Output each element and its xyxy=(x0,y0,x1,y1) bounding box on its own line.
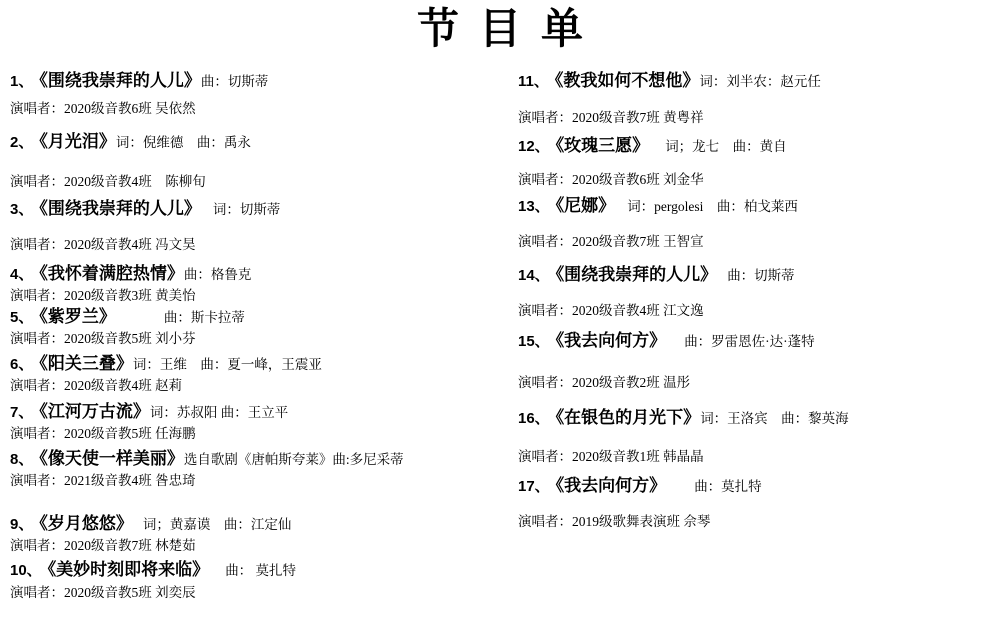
program-item: 11、《教我如何不想他》词：刘半农：赵元任 演唱者：2020级音教7班 黄粤祥 xyxy=(518,70,992,126)
item-number: 3、 xyxy=(10,201,33,218)
song-credits: 词：切斯蒂 xyxy=(213,202,281,217)
song-title: 《我怀着满腔热情》 xyxy=(39,264,184,283)
song-title: 《玫瑰三愿》 xyxy=(556,136,650,155)
song-credits: 曲：切斯蒂 xyxy=(201,74,269,89)
performer-line: 演唱者：2020级音教7班 王智宣 xyxy=(518,233,992,250)
song-credits: 曲：莫扎特 xyxy=(694,479,762,494)
song-credits: 词：刘半农：赵元任 xyxy=(699,74,821,89)
performer-line: 演唱者：2020级音教6班 刘金华 xyxy=(518,171,992,188)
right-column: 11、《教我如何不想他》词：刘半农：赵元任 演唱者：2020级音教7班 黄粤祥 … xyxy=(500,70,992,530)
song-title: 《岁月悠悠》 xyxy=(39,514,133,533)
song-credits: 词：苏叔阳 曲：王立平 xyxy=(150,405,288,420)
song-credits: 曲： 莫扎特 xyxy=(225,563,296,578)
item-number: 12、 xyxy=(518,138,550,155)
program-item: 14、《围绕我崇拜的人儿》曲：切斯蒂 演唱者：2020级音教4班 江文逸 xyxy=(518,264,992,319)
song-credits: 词：倪维德 曲：禹永 xyxy=(116,135,251,150)
item-number: 14、 xyxy=(518,267,550,284)
item-number: 13、 xyxy=(518,198,550,215)
item-number: 7、 xyxy=(10,404,33,421)
performer-line: 演唱者：2020级音教4班 冯文昊 xyxy=(10,236,500,253)
item-number: 11、 xyxy=(518,73,549,90)
item-number: 15、 xyxy=(518,333,550,350)
program-item: 16、《在银色的月光下》词：王洛宾 曲：黎英海 演唱者：2020级音教1班 韩晶… xyxy=(518,407,992,465)
item-number: 2、 xyxy=(10,134,33,151)
item-number: 16、 xyxy=(518,410,550,427)
performer-line: 演唱者：2020级音教4班 赵莉 xyxy=(10,377,500,394)
left-column: 1、《围绕我崇拜的人儿》曲：切斯蒂 演唱者：2020级音教6班 吴依然 2、《月… xyxy=(8,70,500,601)
program-item: 3、《围绕我崇拜的人儿》词：切斯蒂 演唱者：2020级音教4班 冯文昊 xyxy=(10,198,500,253)
song-title: 《教我如何不想他》 xyxy=(555,71,700,90)
performer-line: 演唱者：2019级歌舞表演班 佘琴 xyxy=(518,513,992,530)
song-title: 《美妙时刻即将来临》 xyxy=(48,560,210,579)
program-item: 6、《阳关三叠》词：王维 曲：夏一峰，王震亚 演唱者：2020级音教4班 赵莉 xyxy=(10,353,500,394)
song-title: 《围绕我崇拜的人儿》 xyxy=(39,199,201,218)
song-title: 《围绕我崇拜的人儿》 xyxy=(39,71,201,90)
song-credits: 选自歌剧《唐帕斯夸莱》曲:多尼采蒂 xyxy=(184,452,404,467)
program-item: 17、《我去向何方》曲：莫扎特 演唱者：2019级歌舞表演班 佘琴 xyxy=(518,475,992,530)
song-credits: 曲：罗雷恩佐·达·蓬特 xyxy=(684,334,815,349)
item-number: 17、 xyxy=(518,478,550,495)
song-title: 《江河万古流》 xyxy=(39,402,150,421)
performer-line: 演唱者：2020级音教5班 任海鹏 xyxy=(10,425,500,442)
two-column-layout: 1、《围绕我崇拜的人儿》曲：切斯蒂 演唱者：2020级音教6班 吴依然 2、《月… xyxy=(8,70,992,601)
performer-line: 演唱者：2020级音教4班 陈柳旬 xyxy=(10,173,500,190)
item-number: 5、 xyxy=(10,309,33,326)
program-item: 2、《月光泪》词：倪维德 曲：禹永 演唱者：2020级音教4班 陈柳旬 xyxy=(10,131,500,190)
performer-line: 演唱者：2020级音教1班 韩晶晶 xyxy=(518,448,992,465)
song-title: 《我去向何方》 xyxy=(556,331,667,350)
item-number: 1、 xyxy=(10,73,33,90)
song-credits: 曲：斯卡拉蒂 xyxy=(164,310,245,325)
song-title: 《在银色的月光下》 xyxy=(556,408,701,427)
program-item: 8、《像天使一样美丽》选自歌剧《唐帕斯夸莱》曲:多尼采蒂 演唱者：2021级音教… xyxy=(10,448,500,489)
performer-line: 演唱者：2021级音教4班 昝忠琦 xyxy=(10,472,500,489)
performer-line: 演唱者：2020级音教5班 刘小芬 xyxy=(10,330,500,347)
performer-line: 演唱者：2020级音教7班 黄粤祥 xyxy=(518,109,992,126)
item-number: 9、 xyxy=(10,516,33,533)
performer-line: 演唱者：2020级音教6班 吴依然 xyxy=(10,100,500,117)
program-item: 9、《岁月悠悠》词；黄嘉谟 曲：江定仙 演唱者：2020级音教7班 林楚茹 xyxy=(10,513,500,554)
program-item: 12、《玫瑰三愿》词；龙七 曲：黄自 演唱者：2020级音教6班 刘金华 xyxy=(518,135,992,188)
song-title: 《阳关三叠》 xyxy=(39,354,133,373)
page-title: 节目单 xyxy=(8,6,992,54)
song-credits: 曲：格鲁克 xyxy=(184,267,252,282)
performer-line: 演唱者：2020级音教7班 林楚茹 xyxy=(10,537,500,554)
program-item: 7、《江河万古流》词：苏叔阳 曲：王立平 演唱者：2020级音教5班 任海鹏 xyxy=(10,401,500,442)
program-item: 5、《紫罗兰》曲：斯卡拉蒂 演唱者：2020级音教5班 刘小芬 xyxy=(10,306,500,347)
song-credits: 词：pergolesi 曲：柏戈莱西 xyxy=(627,199,798,214)
item-number: 8、 xyxy=(10,451,33,468)
program-item: 13、《尼娜》词：pergolesi 曲：柏戈莱西 演唱者：2020级音教7班 … xyxy=(518,195,992,250)
song-credits: 词：王洛宾 曲：黎英海 xyxy=(700,411,849,426)
song-title: 《我去向何方》 xyxy=(556,476,667,495)
program-document: 节目单 1、《围绕我崇拜的人儿》曲：切斯蒂 演唱者：2020级音教6班 吴依然 … xyxy=(0,0,1000,623)
program-item: 15、《我去向何方》曲：罗雷恩佐·达·蓬特 演唱者：2020级音教2班 温彤 xyxy=(518,330,992,391)
program-item: 4、《我怀着满腔热情》曲：格鲁克 演唱者：2020级音教3班 黄美怡 xyxy=(10,263,500,304)
song-title: 《月光泪》 xyxy=(39,132,116,151)
performer-line: 演唱者：2020级音教5班 刘奕辰 xyxy=(10,584,500,601)
item-number: 4、 xyxy=(10,266,33,283)
song-credits: 词：王维 曲：夏一峰，王震亚 xyxy=(133,357,322,372)
song-credits: 词；龙七 曲：黄自 xyxy=(665,139,787,154)
song-title: 《尼娜》 xyxy=(556,196,616,215)
performer-line: 演唱者：2020级音教4班 江文逸 xyxy=(518,302,992,319)
program-item: 10、《美妙时刻即将来临》曲： 莫扎特 演唱者：2020级音教5班 刘奕辰 xyxy=(10,559,500,601)
song-title: 《围绕我崇拜的人儿》 xyxy=(556,265,718,284)
song-title: 《像天使一样美丽》 xyxy=(39,449,184,468)
song-credits: 词；黄嘉谟 曲：江定仙 xyxy=(143,517,292,532)
program-item: 1、《围绕我崇拜的人儿》曲：切斯蒂 演唱者：2020级音教6班 吴依然 xyxy=(10,70,500,117)
performer-line: 演唱者：2020级音教3班 黄美怡 xyxy=(10,287,500,304)
song-title: 《紫罗兰》 xyxy=(39,307,116,326)
item-number: 6、 xyxy=(10,356,33,373)
item-number: 10、 xyxy=(10,562,42,579)
song-credits: 曲：切斯蒂 xyxy=(727,268,795,283)
performer-line: 演唱者：2020级音教2班 温彤 xyxy=(518,374,992,391)
